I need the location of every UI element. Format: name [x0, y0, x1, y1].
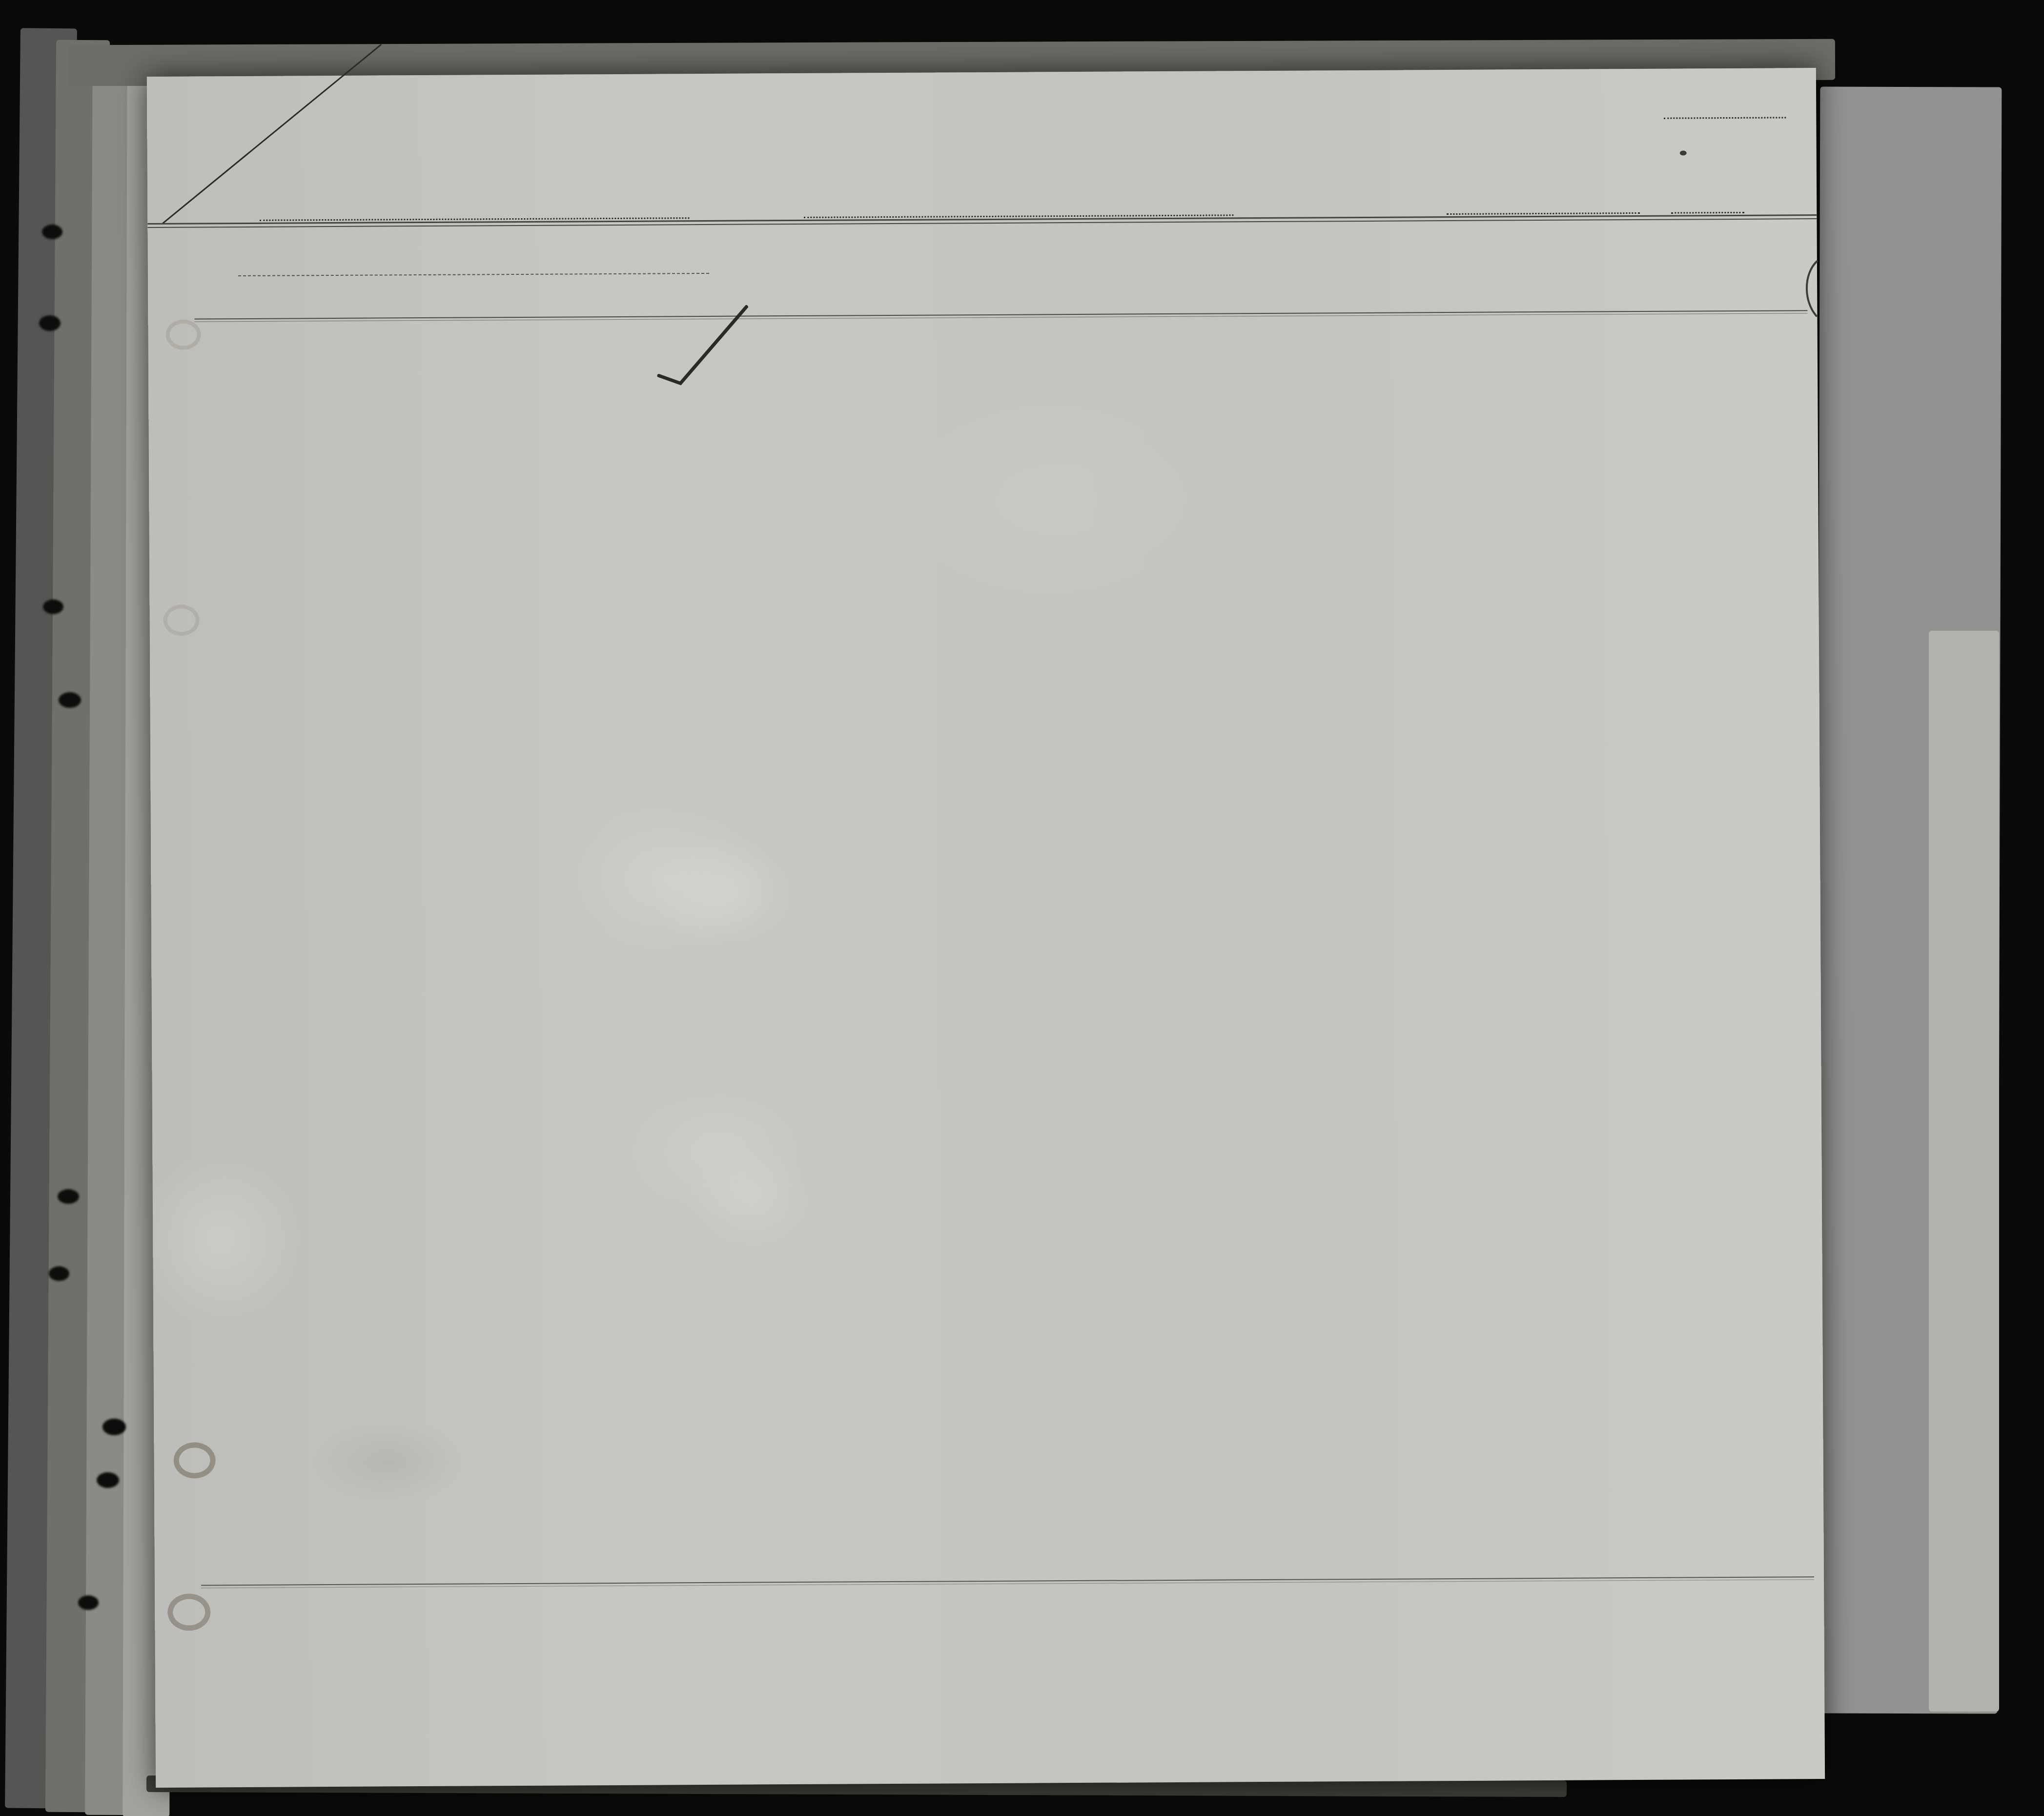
birth-cert-note-line	[1083, 261, 1112, 272]
stamp-dot	[1680, 150, 1687, 155]
page-title	[494, 147, 1470, 152]
punch-ring	[167, 1593, 210, 1630]
punch-hole	[59, 692, 81, 708]
paper-stain	[684, 1147, 821, 1255]
punch-hole	[49, 1266, 69, 1281]
col-header-address	[1517, 249, 1807, 251]
page-subtitle	[616, 176, 1348, 180]
col-header-naturalized-line	[1146, 236, 1517, 238]
col-header-birth-line	[787, 234, 1146, 236]
scan-background: { "page": { "edge_page_number": "23", "n…	[0, 0, 2044, 1816]
table-bottom-rule	[201, 1576, 1814, 1586]
col-header-naturalized-line	[1146, 236, 1517, 238]
punch-hole	[43, 599, 63, 614]
header-divider	[238, 273, 709, 276]
punch-hole	[42, 225, 62, 239]
punch-hole	[102, 1419, 126, 1435]
punch-hole	[39, 315, 61, 331]
col-header-birth	[787, 234, 1146, 236]
form-intro-paragraph	[414, 88, 1576, 94]
birth-cert-note	[1062, 261, 1111, 281]
punch-hole	[78, 1595, 99, 1610]
header-bottom-rule	[194, 310, 1807, 319]
entry-check-mark	[654, 302, 753, 392]
arrival-blank	[1447, 212, 1640, 215]
punch-ring	[173, 1442, 215, 1478]
punch-ring	[164, 604, 200, 636]
page-edge-right-inner	[1929, 631, 1999, 1712]
col-header-birth-line	[787, 234, 1146, 236]
col-header-family-name	[231, 285, 433, 286]
service-name	[196, 136, 401, 137]
punch-ring	[165, 319, 201, 350]
manifest-sheet	[147, 68, 1825, 1788]
col-header-given-name	[433, 284, 636, 285]
paper-stain	[310, 1418, 467, 1506]
col-header-naturalized-line	[1146, 236, 1517, 238]
col-header-married-single	[771, 224, 771, 307]
number-blank	[1664, 117, 1786, 119]
department-name	[176, 119, 420, 121]
col-header-name-in-full	[231, 239, 636, 241]
margin-mark	[1800, 259, 1820, 318]
col-header-naturalized	[1146, 236, 1517, 238]
punch-hole	[97, 1472, 119, 1488]
col-header-birth-line	[787, 234, 1146, 236]
punch-hole	[58, 1189, 79, 1204]
arrival-year-blank	[1671, 212, 1744, 214]
paper-stain	[649, 835, 805, 953]
col-header-age	[636, 239, 714, 239]
table-rows	[194, 314, 1807, 323]
form-number	[215, 103, 381, 104]
